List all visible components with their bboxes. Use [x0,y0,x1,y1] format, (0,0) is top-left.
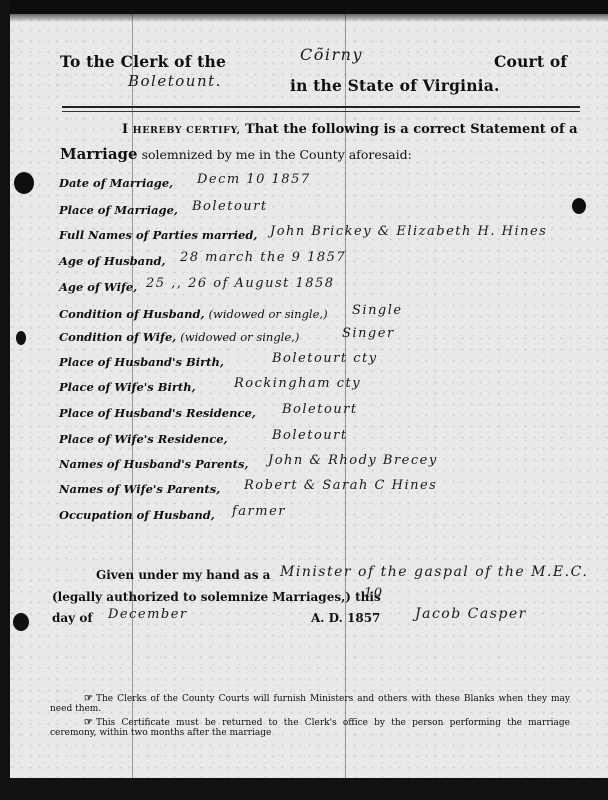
marriage-line-text: solemnized by me in the County aforesaid… [142,147,412,162]
county-handwritten: Boletount. [128,72,222,90]
scan-edge-bottom [0,778,608,800]
given-line3: day of [52,611,92,625]
field-value-handwritten: Decm 10 1857 [197,172,311,187]
given-day-handwritten: 10 [364,586,384,601]
field-value-handwritten: Boletourt [272,428,348,443]
pointing-hand-icon: ☞ [84,717,93,728]
field-label: Names of Wife's Parents, [59,482,220,496]
certify-lead: I [122,122,128,137]
field-value-handwritten: Boletourt [192,199,268,214]
field-value-handwritten: farmer [232,504,286,519]
field-value-handwritten: 25 ,, 26 of August 1858 [146,276,335,291]
punch-hole [13,613,29,631]
certify-line: I HEREBY CERTIFY, That the following is … [122,122,578,137]
marriage-word: Marriage [60,145,138,163]
signature-handwritten: Jacob Casper [415,606,527,622]
field-value-handwritten: Singer [342,326,395,341]
field-label: Age of Wife, [59,280,137,294]
field-label: Condition of Husband, (widowed or single… [59,307,328,321]
header-rule [62,111,580,112]
given-line1: Given under my hand as a [96,568,270,582]
marriage-line: Marriage solemnized by me in the County … [60,145,412,163]
given-office-handwritten: Minister of the gaspal of the M.E.C. [280,564,588,580]
field-value-handwritten: John Brickey & Elizabeth H. Hines [270,224,547,239]
field-value-handwritten: Robert & Sarah C Hines [244,478,437,493]
scan-edge-left [0,0,10,800]
field-label: Place of Husband's Birth, [59,355,224,369]
certify-rest: That the following is a correct Statemen… [245,122,577,137]
field-label: Occupation of Husband, [59,508,215,522]
header-state: in the State of Virginia. [290,76,500,95]
field-value-handwritten: 28 march the 9 1857 [180,250,346,265]
punch-hole [14,172,34,194]
field-label: Date of Marriage, [59,176,173,190]
punch-hole [572,198,586,214]
field-value-handwritten: Rockingham cty [234,376,361,391]
field-value-handwritten: Boletourt cty [272,351,378,366]
given-year: A. D. 1857 [311,611,380,625]
certify-smallcaps: HEREBY CERTIFY, [133,125,241,136]
pointing-hand-icon: ☞ [84,693,93,704]
field-label: Condition of Wife, (widowed or single,) [59,330,299,344]
court-type-handwritten: Cõirny [300,45,363,64]
field-value-handwritten: Boletourt [282,402,358,417]
footnote: ☞The Clerks of the County Courts will fu… [50,694,570,714]
punch-hole [16,331,26,345]
field-label: Full Names of Parties married, [59,228,257,242]
header-suffix: Court of [494,52,567,71]
given-month-handwritten: December [108,607,188,622]
header-rule [62,106,580,108]
given-line2: (legally authorized to solemnize Marriag… [52,590,381,604]
header-prefix: To the Clerk of the [60,52,226,71]
scan-edge-top [0,0,608,22]
field-label: Names of Husband's Parents, [59,457,248,471]
field-label: Place of Marriage, [59,203,178,217]
field-value-handwritten: John & Rhody Brecey [268,453,438,468]
field-label: Place of Wife's Birth, [59,380,196,394]
field-label: Place of Husband's Residence, [59,406,256,420]
field-label: Age of Husband, [59,254,166,268]
field-label: Place of Wife's Residence, [59,432,228,446]
footnotes: ☞The Clerks of the County Courts will fu… [50,694,570,742]
field-value-handwritten: Single [352,303,403,318]
footnote: ☞This Certificate must be returned to th… [50,718,570,738]
